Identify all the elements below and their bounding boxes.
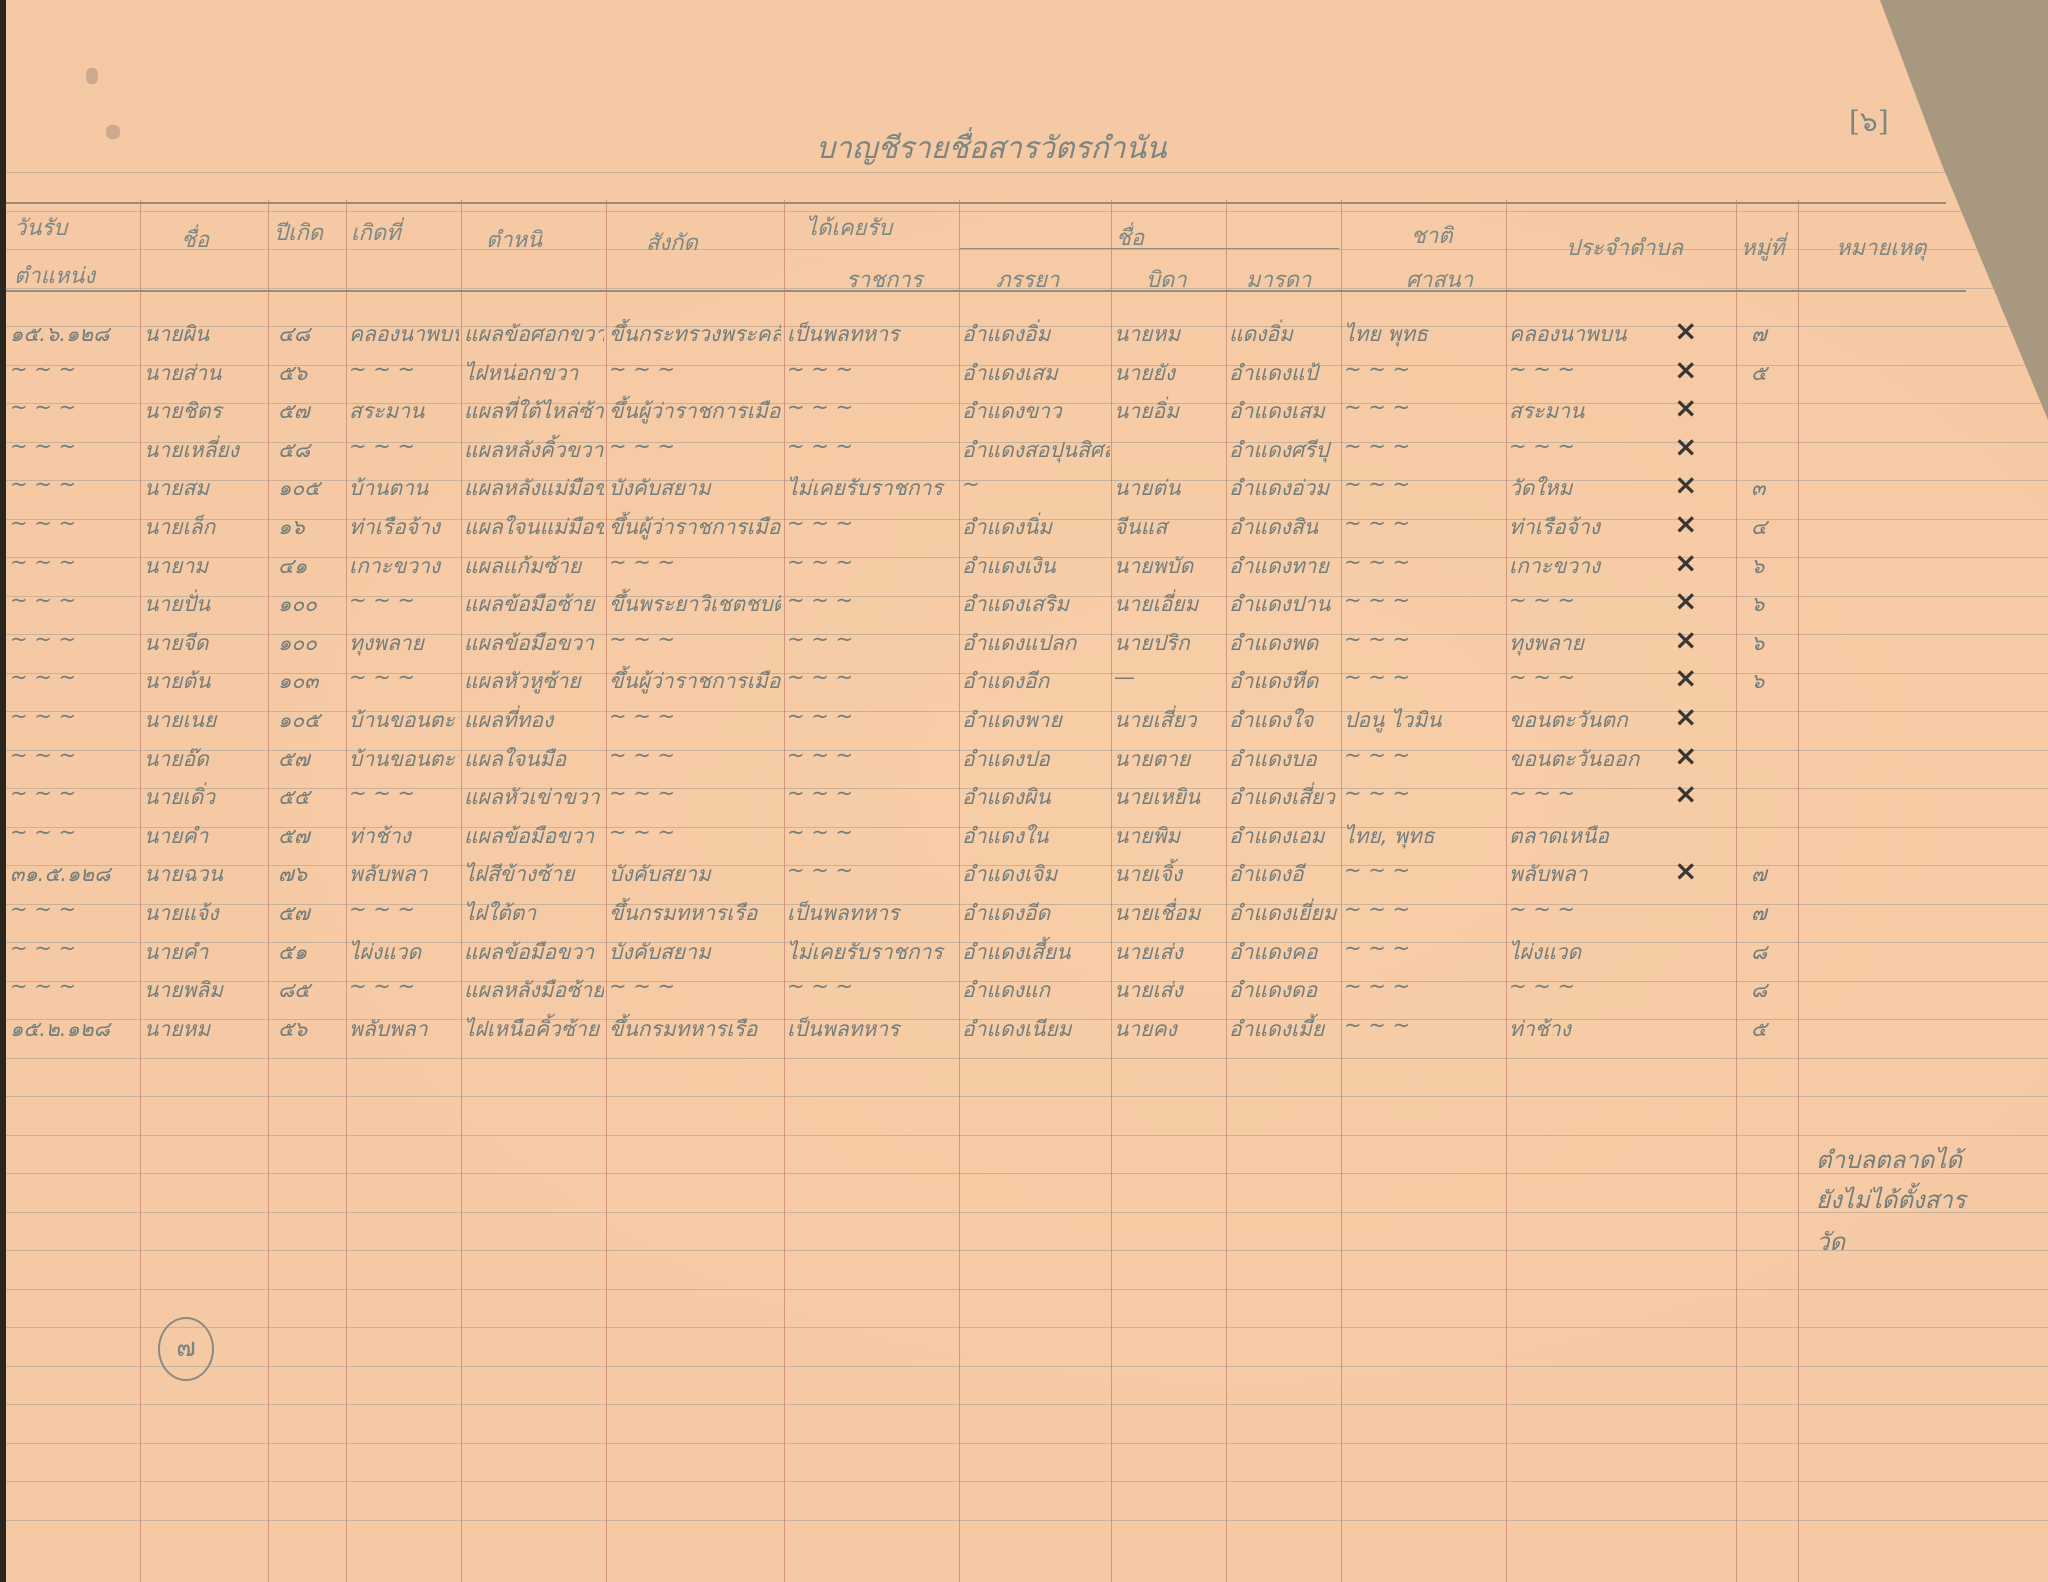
cell-mark: ไฝหน่อกขวา	[464, 357, 604, 390]
cell-date: ~ ~ ~	[10, 511, 140, 535]
cell-nation: ไทย, พุทธ	[1344, 820, 1504, 853]
cell-mother: อำแดงทาย	[1229, 550, 1339, 583]
cell-birthplace: บ้านตาน	[349, 472, 459, 505]
cell-pension: ~ ~ ~	[787, 357, 957, 381]
cell-date: ~ ~ ~	[10, 820, 140, 844]
cell-affiliation: ~ ~ ~	[609, 704, 781, 728]
ruled-line	[6, 1212, 2048, 1213]
cell-mark: แผลข้อมือซ้าย	[464, 588, 604, 621]
cell-mother: อำแดงหีด	[1229, 665, 1339, 698]
cell-pension: ~ ~ ~	[787, 781, 957, 805]
cell-nation: ~ ~ ~	[1344, 395, 1504, 419]
cell-name: นายคำ	[144, 820, 266, 853]
cell-age: ๘๕	[278, 974, 344, 1007]
cell-name: นายแจ้ง	[144, 897, 266, 930]
cell-nation: ปอนู ไวมิน	[1344, 704, 1504, 737]
cell-age: ๕๖	[278, 1013, 344, 1046]
cell-affiliation: ขึ้นผู้ว่าราชการเมือง	[609, 395, 781, 428]
cell-birthplace: ~ ~ ~	[349, 781, 459, 805]
cell-pension: ไม่เคยรับราชการ	[787, 936, 957, 969]
cell-wife: อำแดงแก	[962, 974, 1110, 1007]
cell-age: ๕๗	[278, 743, 344, 776]
cell-wife: อำแดงเงิน	[962, 550, 1110, 583]
cell-father: นายอิ่ม	[1114, 395, 1224, 428]
cell-wife: อำแดงนิ่ม	[962, 511, 1110, 544]
header-top-rule	[6, 202, 1946, 204]
cell-date: ~ ~ ~	[10, 627, 140, 651]
cell-resident: ~ ~ ~	[1509, 781, 1679, 805]
ruled-line	[6, 1135, 2048, 1136]
cell-pension: เป็นพลทหาร	[787, 897, 957, 930]
cell-father: นายเจิ้ง	[1114, 858, 1224, 891]
ruled-line	[6, 1173, 2048, 1174]
cell-affiliation: ขึ้นกระทรวงพระคลัง	[609, 318, 781, 351]
header-resident: ประจำตำบล	[1566, 230, 1683, 265]
cell-wife: อำแดงขาว	[962, 395, 1110, 428]
cell-village: ๗	[1751, 897, 1791, 930]
column-divider	[140, 200, 141, 1582]
cell-name: นายาม	[144, 550, 266, 583]
cell-mother: อำแดงเมี้ย	[1229, 1013, 1339, 1046]
cell-father: นายปริก	[1114, 627, 1224, 660]
cell-pension: ~ ~ ~	[787, 665, 957, 689]
cell-mark: ไฝใต้ตา	[464, 897, 604, 930]
cell-village: ๖	[1751, 588, 1791, 621]
cell-mark: ไฝเหนือคิ้วซ้าย	[464, 1013, 604, 1046]
cell-birthplace: ~ ~ ~	[349, 434, 459, 458]
cell-wife: อำแดงผิน	[962, 781, 1110, 814]
cell-resident: ตลาดเหนือ	[1509, 820, 1679, 853]
cell-age: ๕๖	[278, 357, 344, 390]
cell-mark: แผลหัวเข่าขวา	[464, 781, 604, 814]
cell-wife: อำแดงเสม	[962, 357, 1110, 390]
cell-father: —	[1114, 665, 1224, 689]
cell-nation: ~ ~ ~	[1344, 781, 1504, 805]
cell-wife: อำแดงปอ	[962, 743, 1110, 776]
cell-birthplace: ท่าเรือจ้าง	[349, 511, 459, 544]
cell-date: ~ ~ ~	[10, 781, 140, 805]
cell-mother: อำแดงดอ	[1229, 974, 1339, 1007]
header-nationality: ชาติ	[1411, 218, 1453, 253]
side-note-line: ยังไม่ได้ตั้งสาร	[1816, 1180, 1966, 1219]
cell-mark: แผลใจนมือ	[464, 743, 604, 776]
ruled-line	[6, 1096, 2048, 1097]
cell-village: ๗	[1751, 318, 1791, 351]
cell-birthplace: บ้านขอนตะวัน	[349, 704, 459, 737]
header-pension: ได้เคยรับ	[806, 210, 892, 245]
check-mark-icon: ×	[1674, 468, 1697, 501]
cell-wife: อำแดงเนียม	[962, 1013, 1110, 1046]
cell-affiliation: ~ ~ ~	[609, 357, 781, 381]
cell-father: นายตาย	[1114, 743, 1224, 776]
header-religion: ศาสนา	[1406, 262, 1473, 297]
cell-resident: คลองนาพบน	[1509, 318, 1679, 351]
cell-father: นายต่น	[1114, 472, 1224, 505]
ruled-line	[6, 1289, 2048, 1290]
cell-village: ๓	[1751, 472, 1791, 505]
header-wife: ภรรยา	[996, 262, 1059, 297]
cell-pension: ~ ~ ~	[787, 395, 957, 419]
cell-age: ๑๐๕	[278, 704, 344, 737]
cell-wife: อำแดงแปลก	[962, 627, 1110, 660]
cell-affiliation: ขึ้นผู้ว่าราชการเมือง	[609, 511, 781, 544]
cell-pension: ~ ~ ~	[787, 820, 957, 844]
check-mark-icon: ×	[1674, 314, 1697, 347]
paper-stain	[106, 125, 120, 139]
cell-date: ~ ~ ~	[10, 588, 140, 612]
cell-affiliation: บังคับสยาม	[609, 472, 781, 505]
cell-mark: ไฝสีข้างซ้าย	[464, 858, 604, 891]
cell-village: ๗	[1751, 858, 1791, 891]
document-title: บาญชีรายชื่อสารวัตรกำนัน	[816, 125, 1166, 172]
side-note-line: วัด	[1816, 1222, 1845, 1261]
check-mark-icon: ×	[1674, 507, 1697, 540]
ruled-line	[6, 1366, 2048, 1367]
cell-wife: ~	[962, 472, 1110, 496]
cell-nation: ~ ~ ~	[1344, 974, 1504, 998]
cell-name: นายสม	[144, 472, 266, 505]
names-group-rule	[959, 248, 1339, 249]
ruled-line	[6, 1250, 2048, 1251]
cell-age: ๗๖	[278, 858, 344, 891]
header-village: หมู่ที่	[1741, 230, 1785, 265]
column-divider	[606, 200, 607, 1582]
cell-affiliation: ~ ~ ~	[609, 781, 781, 805]
cell-affiliation: ~ ~ ~	[609, 550, 781, 574]
cell-name: นายต้น	[144, 665, 266, 698]
cell-village: ๕	[1751, 1013, 1791, 1046]
cell-mark: แผลข้อมือขวา	[464, 936, 604, 969]
document-page: บาญชีรายชื่อสารวัตรกำนัน [๖] วันรับ ตำแห…	[6, 0, 2048, 1582]
check-mark-icon: ×	[1674, 623, 1697, 656]
paper-stain	[86, 68, 98, 84]
cell-father: นายเหยิน	[1114, 781, 1224, 814]
check-mark-icon: ×	[1674, 584, 1697, 617]
cell-date: ~ ~ ~	[10, 743, 140, 767]
cell-date: ~ ~ ~	[10, 897, 140, 921]
check-mark-icon: ×	[1674, 353, 1697, 386]
cell-resident: ไผ่งแวด	[1509, 936, 1679, 969]
header-date: วันรับ	[14, 210, 67, 245]
cell-birthplace: ~ ~ ~	[349, 897, 459, 921]
cell-affiliation: ~ ~ ~	[609, 743, 781, 767]
cell-pension: เป็นพลทหาร	[787, 1013, 957, 1046]
cell-name: นายเหลี่ยง	[144, 434, 266, 467]
cell-village: ๖	[1751, 665, 1791, 698]
cell-wife: อำแดงอิ่ม	[962, 318, 1110, 351]
column-divider	[461, 200, 462, 1582]
cell-affiliation: บังคับสยาม	[609, 936, 781, 969]
cell-age: ๕๗	[278, 395, 344, 428]
cell-affiliation: ~ ~ ~	[609, 974, 781, 998]
cell-mark: แผลหลังมือซ้าย	[464, 974, 604, 1007]
cell-name: นายคำ	[144, 936, 266, 969]
cell-resident: ~ ~ ~	[1509, 897, 1679, 921]
cell-wife: อำแดงเสริม	[962, 588, 1110, 621]
cell-pension: ~ ~ ~	[787, 974, 957, 998]
cell-affiliation: ~ ~ ~	[609, 627, 781, 651]
cell-mother: อำแดงเยี่ยม	[1229, 897, 1339, 930]
cell-village: ๔	[1751, 511, 1791, 544]
cell-pension: ~ ~ ~	[787, 550, 957, 574]
cell-age: ๔๑	[278, 550, 344, 583]
cell-age: ๑๐๕	[278, 472, 344, 505]
cell-wife: อำแดงสอปุนสิศล	[962, 434, 1110, 467]
cell-mother: อำแดงพด	[1229, 627, 1339, 660]
cell-pension: ~ ~ ~	[787, 743, 957, 767]
cell-village: ๖	[1751, 550, 1791, 583]
cell-pension: ไม่เคยรับราชการ	[787, 472, 957, 505]
column-divider	[1111, 200, 1112, 1582]
cell-date: ~ ~ ~	[10, 395, 140, 419]
cell-birthplace: ~ ~ ~	[349, 588, 459, 612]
cell-resident: ท่าช้าง	[1509, 1013, 1679, 1046]
cell-name: นายเนย	[144, 704, 266, 737]
check-mark-icon: ×	[1674, 661, 1697, 694]
cell-mother: อำแดงอี	[1229, 858, 1339, 891]
cell-affiliation: ขึ้นผู้ว่าราชการเมือง	[609, 665, 781, 698]
cell-name: นายพลิม	[144, 974, 266, 1007]
check-mark-icon: ×	[1674, 546, 1697, 579]
cell-father: นายคง	[1114, 1013, 1224, 1046]
circled-number: ๗	[158, 1317, 214, 1381]
cell-wife: อำแดงเสี้ยน	[962, 936, 1110, 969]
ruled-line	[6, 1481, 2048, 1482]
cell-birthplace: ไผ่งแวด	[349, 936, 459, 969]
cell-age: ๑๐๐	[278, 588, 344, 621]
cell-pension: ~ ~ ~	[787, 434, 957, 458]
cell-affiliation: ~ ~ ~	[609, 434, 781, 458]
header-birthplace: เกิดที่	[351, 215, 401, 250]
cell-mother: แดงอิ่ม	[1229, 318, 1339, 351]
cell-birthplace: เกาะขวาง	[349, 550, 459, 583]
cell-resident: ~ ~ ~	[1509, 434, 1679, 458]
cell-affiliation: ขึ้นพระยาวิเชตชบดี	[609, 588, 781, 621]
cell-father: นายเส่ง	[1114, 936, 1224, 969]
ruled-line	[6, 211, 2048, 212]
cell-name: นายจีด	[144, 627, 266, 660]
cell-nation: ~ ~ ~	[1344, 1013, 1504, 1037]
cell-pension: ~ ~ ~	[787, 588, 957, 612]
cell-birthplace: พลับพลา	[349, 858, 459, 891]
cell-mother: อำแดงอ่วม	[1229, 472, 1339, 505]
cell-date: ๑๕.๒.๑๒๘	[10, 1013, 140, 1046]
cell-name: นายชิตร	[144, 395, 266, 428]
cell-nation: ~ ~ ~	[1344, 897, 1504, 921]
cell-mother: อำแดงใจ	[1229, 704, 1339, 737]
ruled-line	[6, 1327, 2048, 1328]
header-position: ตำแหน่ง	[14, 258, 95, 293]
cell-birthplace: ทุงพลาย	[349, 627, 459, 660]
cell-mother: อำแดงเสม	[1229, 395, 1339, 428]
cell-mark: แผลหลังคิ้วขวา	[464, 434, 604, 467]
cell-pension: ~ ~ ~	[787, 704, 957, 728]
column-divider	[268, 200, 269, 1582]
ruled-line	[6, 172, 2048, 173]
header-affiliation: สังกัด	[646, 225, 698, 260]
cell-mother: อำแดงเอม	[1229, 820, 1339, 853]
cell-affiliation: บังคับสยาม	[609, 858, 781, 891]
cell-nation: ~ ~ ~	[1344, 550, 1504, 574]
cell-nation: ~ ~ ~	[1344, 936, 1504, 960]
cell-resident: พลับพลา	[1509, 858, 1679, 891]
cell-father: นายเสี่ยว	[1114, 704, 1224, 737]
ruled-line	[6, 1058, 2048, 1059]
ruled-line	[6, 1520, 2048, 1521]
check-mark-icon: ×	[1674, 739, 1697, 772]
cell-nation: ~ ~ ~	[1344, 511, 1504, 535]
cell-name: นายหม	[144, 1013, 266, 1046]
cell-name: นายเล็ก	[144, 511, 266, 544]
cell-resident: ท่าเรือจ้าง	[1509, 511, 1679, 544]
header-name: ชื่อ	[181, 222, 209, 257]
cell-wife: อำแดงใน	[962, 820, 1110, 853]
cell-affiliation: ขึ้นกรมทหารเรือ	[609, 897, 781, 930]
cell-father: นายพบัด	[1114, 550, 1224, 583]
cell-nation: ไทย พุทธ	[1344, 318, 1504, 351]
cell-date: ~ ~ ~	[10, 936, 140, 960]
cell-name: นายฉวน	[144, 858, 266, 891]
cell-age: ๔๘	[278, 318, 344, 351]
cell-father: นายเชื่อม	[1114, 897, 1224, 930]
cell-village: ๖	[1751, 627, 1791, 660]
cell-mark: แผลหลังแม่มือขวา	[464, 472, 604, 505]
cell-wife: อำแดงพาย	[962, 704, 1110, 737]
cell-date: ~ ~ ~	[10, 434, 140, 458]
cell-village: ๕	[1751, 357, 1791, 390]
cell-date: ~ ~ ~	[10, 472, 140, 496]
cell-nation: ~ ~ ~	[1344, 743, 1504, 767]
cell-father: นายเอี่ยม	[1114, 588, 1224, 621]
column-divider	[784, 200, 785, 1582]
header-age: ปีเกิด	[274, 215, 323, 250]
column-divider	[346, 200, 347, 1582]
column-divider	[1798, 200, 1799, 1582]
cell-resident: ~ ~ ~	[1509, 665, 1679, 689]
cell-affiliation: ~ ~ ~	[609, 820, 781, 844]
cell-father: นายหม	[1114, 318, 1224, 351]
cell-pension: เป็นพลทหาร	[787, 318, 957, 351]
cell-date: ~ ~ ~	[10, 974, 140, 998]
cell-resident: เกาะขวาง	[1509, 550, 1679, 583]
cell-name: นายอ๊ด	[144, 743, 266, 776]
cell-age: ๑๖	[278, 511, 344, 544]
cell-date: ~ ~ ~	[10, 665, 140, 689]
cell-wife: อำแดงอีด	[962, 897, 1110, 930]
cell-nation: ~ ~ ~	[1344, 472, 1504, 496]
cell-pension: ~ ~ ~	[787, 627, 957, 651]
cell-birthplace: ~ ~ ~	[349, 974, 459, 998]
cell-birthplace: ~ ~ ~	[349, 665, 459, 689]
cell-mother: อำแดงปาน	[1229, 588, 1339, 621]
cell-mark: แผลข้อศอกขวา	[464, 318, 604, 351]
cell-age: ๕๗	[278, 897, 344, 930]
header-mark: ตำหนิ	[486, 222, 542, 257]
side-note-line: ตำบลตลาดได้	[1816, 1140, 1962, 1179]
cell-pension: ~ ~ ~	[787, 511, 957, 535]
cell-mother: อำแดงแป้	[1229, 357, 1339, 390]
cell-mark: แผลที่ใต้ไหล่ซ้าย	[464, 395, 604, 428]
ruled-line	[6, 1443, 2048, 1444]
cell-nation: ~ ~ ~	[1344, 858, 1504, 882]
cell-mother: อำแดงคอ	[1229, 936, 1339, 969]
cell-nation: ~ ~ ~	[1344, 627, 1504, 651]
cell-resident: วัดใหม	[1509, 472, 1679, 505]
header-remarks: หมายเหตุ	[1836, 230, 1927, 265]
cell-age: ๕๑	[278, 936, 344, 969]
header-mother: มารดา	[1246, 262, 1311, 297]
cell-resident: ~ ~ ~	[1509, 357, 1679, 381]
cell-birthplace: สระมาน	[349, 395, 459, 428]
check-mark-icon: ×	[1674, 391, 1697, 424]
cell-mother: อำแดงบอ	[1229, 743, 1339, 776]
cell-birthplace: บ้านขอนตะวันออก	[349, 743, 459, 776]
cell-resident: ขอนตะวันตก	[1509, 704, 1679, 737]
cell-mother: อำแดงสิน	[1229, 511, 1339, 544]
check-mark-icon: ×	[1674, 777, 1697, 810]
check-mark-icon: ×	[1674, 854, 1697, 887]
cell-village: ๘	[1751, 974, 1791, 1007]
cell-age: ๕๕	[278, 781, 344, 814]
cell-date: ~ ~ ~	[10, 357, 140, 381]
cell-mark: แผลข้อมือขวา	[464, 627, 604, 660]
cell-birthplace: คลองนาพบน	[349, 318, 459, 351]
header-names-group: ชื่อ	[1116, 220, 1144, 255]
header-bottom-rule	[6, 290, 1966, 292]
cell-wife: อำแดงอีก	[962, 665, 1110, 698]
cell-nation: ~ ~ ~	[1344, 357, 1504, 381]
column-divider	[959, 200, 960, 1582]
cell-mother: อำแดงศรีปุ	[1229, 434, 1339, 467]
ruled-line	[6, 1404, 2048, 1405]
cell-date: ๓๑.๕.๑๒๘	[10, 858, 140, 891]
cell-resident: สระมาน	[1509, 395, 1679, 428]
cell-nation: ~ ~ ~	[1344, 588, 1504, 612]
page-mark: [๖]	[1849, 100, 1889, 144]
cell-mark: แผลที่ทอง	[464, 704, 604, 737]
cell-mark: แผลใจนแม่มือขวา	[464, 511, 604, 544]
column-divider	[1506, 200, 1507, 1582]
cell-pension: ~ ~ ~	[787, 858, 957, 882]
cell-wife: อำแดงเจิม	[962, 858, 1110, 891]
cell-nation: ~ ~ ~	[1344, 665, 1504, 689]
check-mark-icon: ×	[1674, 700, 1697, 733]
cell-father: นายพิม	[1114, 820, 1224, 853]
cell-mark: แผลข้อมือขวา	[464, 820, 604, 853]
cell-date: ๑๕.๖.๑๒๘	[10, 318, 140, 351]
cell-resident: ทุงพลาย	[1509, 627, 1679, 660]
cell-age: ๑๐๐	[278, 627, 344, 660]
cell-name: นายปั่น	[144, 588, 266, 621]
cell-birthplace: พลับพลา	[349, 1013, 459, 1046]
cell-name: นายเดิ่ว	[144, 781, 266, 814]
cell-mark: แผลหัวหูซ้าย	[464, 665, 604, 698]
check-mark-icon: ×	[1674, 430, 1697, 463]
cell-father: นายเส่ง	[1114, 974, 1224, 1007]
cell-age: ๑๐๓	[278, 665, 344, 698]
cell-father: นายยัง	[1114, 357, 1224, 390]
column-divider	[1226, 200, 1227, 1582]
cell-age: ๕๗	[278, 820, 344, 853]
cell-resident: ~ ~ ~	[1509, 974, 1679, 998]
cell-name: นายส่าน	[144, 357, 266, 390]
cell-birthplace: ~ ~ ~	[349, 357, 459, 381]
cell-mark: แผลแก้มซ้าย	[464, 550, 604, 583]
header-service: ราชการ	[846, 262, 923, 297]
cell-date: ~ ~ ~	[10, 550, 140, 574]
cell-father: จีนแส	[1114, 511, 1224, 544]
cell-resident: ขอนตะวันออก	[1509, 743, 1679, 776]
